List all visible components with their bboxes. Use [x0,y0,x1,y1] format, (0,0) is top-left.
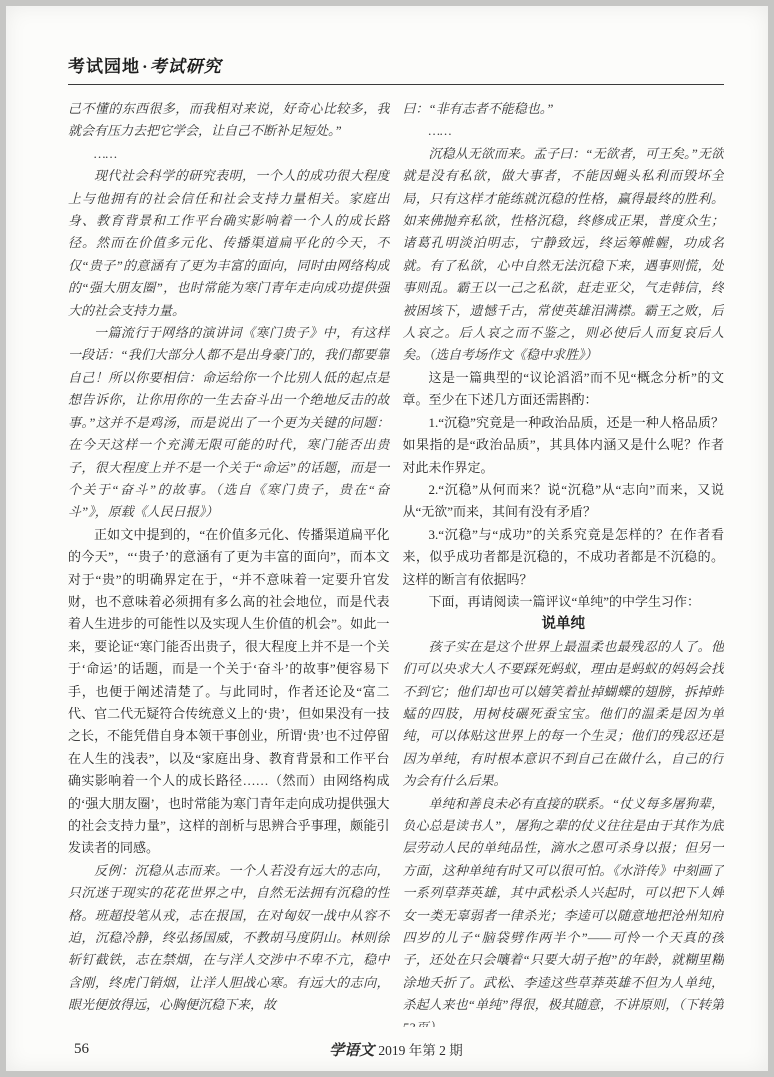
essay-title: 说单纯 [403,613,725,635]
page-number: 56 [68,1041,89,1058]
subsection-title: 考试研究 [150,52,222,77]
left-column: 己不懂的东西很多，而我相对来说，好奇心比较多，我就会有压力去把它学会，让自己不断… [68,98,390,1027]
paragraph: 3.“沉稳”与“成功”的关系究竟是怎样的？在作者看来，似乎成功者都是沉稳的，不成… [403,524,725,591]
paragraph: 正如文中提到的，“在价值多元化、传播渠道扁平化的今天”，“‘贵子’的意涵有了更为… [68,524,390,860]
paragraph: 现代社会科学的研究表明，一个人的成功很大程度上与他拥有的社会信任和社会支持力量相… [68,165,390,322]
paragraph: 孩子实在是这个世界上最温柔也最残忍的人了。他们可以央求大人不要踩死蚂蚁，理由是蚂… [403,636,725,793]
paragraph: 这是一篇典型的“议论滔滔”而不见“概念分析”的文章。至少在下述几方面还需斟酌： [403,367,725,412]
paragraph: 己不懂的东西很多，而我相对来说，好奇心比较多，我就会有压力去把它学会，让自己不断… [68,98,390,143]
paragraph: 单纯和善良未必有直接的联系。“仗义每多屠狗辈，负心总是读书人”，屠狗之辈的仗义往… [403,793,725,1027]
paragraph: 1.“沉稳”究竟是一种政治品质，还是一种人格品质？如果指的是“政治品质”，其具体… [403,412,725,479]
section-title: 考试园地 [68,52,140,77]
paragraph: 下面，再请阅读一篇评议“单纯”的中学生习作： [403,591,725,613]
paragraph: 一篇流行于网络的演讲词《寒门贵子》中，有这样一段话：“我们大部分人都不是出身豪门… [68,322,390,524]
paragraph: 曰：“非有志者不能稳也。” [403,98,725,120]
issue-info: 2019 年第 2 期 [378,1043,462,1058]
section-separator-dot: · [142,57,148,77]
paragraph: …… [68,143,390,165]
paragraph: 沉稳从无欲而来。孟子曰：“无欲者，可王矣。”无欲就是没有私欲，做大事者，不能因蝇… [403,143,725,367]
paragraph: 2.“沉稳”从何而来？说“沉稳”从“志向”而来，又说从“无欲”而来，其间有没有矛… [403,479,725,524]
journal-name: 学语文 [329,1043,374,1059]
right-column: 曰：“非有志者不能稳也。”……沉稳从无欲而来。孟子曰：“无欲者，可王矣。”无欲就… [403,98,725,1027]
scanned-journal-page: 考试园地 · 考试研究 己不懂的东西很多，而我相对来说，好奇心比较多，我就会有压… [6,6,768,1071]
page-footer: 56 学语文2019 年第 2 期 [68,1027,724,1071]
journal-imprint: 学语文2019 年第 2 期 [329,1039,462,1060]
paragraph: 反例：沉稳从志而来。一个人若没有远大的志向，只沉迷于现实的花花世界之中，自然无法… [68,860,390,1017]
paragraph: …… [403,120,725,142]
page-header: 考试园地 · 考试研究 [68,52,724,85]
article-body: 己不懂的东西很多，而我相对来说，好奇心比较多，我就会有压力去把它学会，让自己不断… [68,98,724,1027]
